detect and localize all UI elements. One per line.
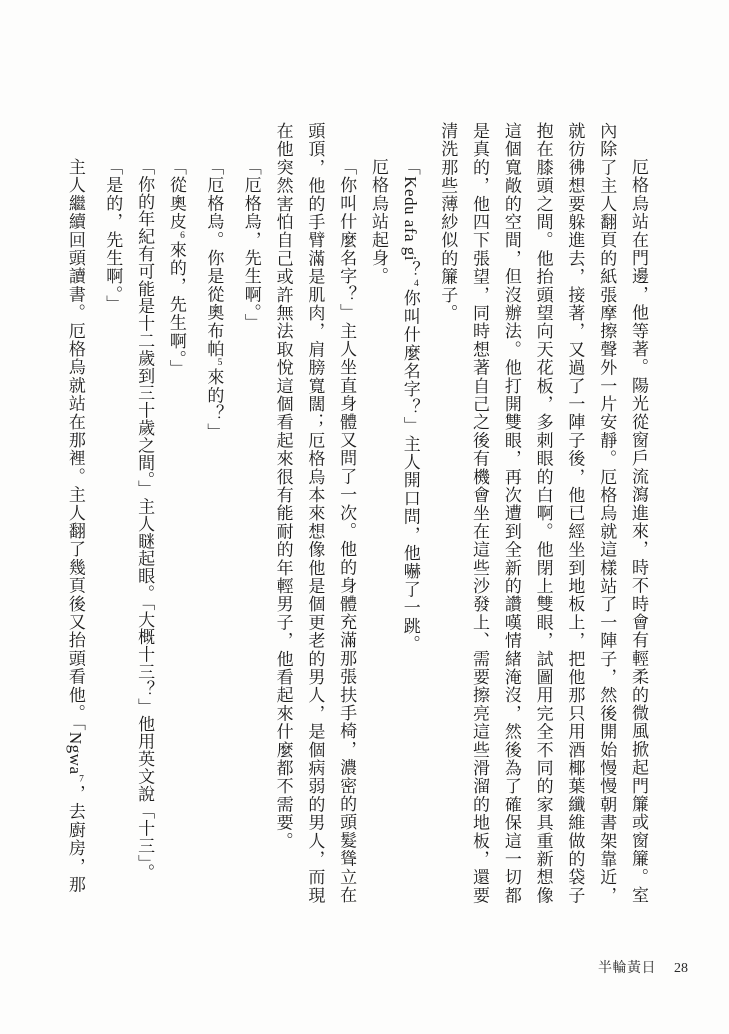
text-run: 主人繼續回頭讀書。厄格烏就站在那裡。主人翻了幾頁後又抬頭看他。「 <box>66 158 85 732</box>
paragraph: 「你的年紀有可能是十二歲到三十歲之間。」主人瞇起眼。「大概十三？」他用英文說「十… <box>128 122 160 910</box>
footnote-ref: 5 <box>215 358 225 368</box>
book-page: 厄格烏站在門邊，他等著。陽光從窗戶流瀉進來，時不時會有輕柔的微風掀起門簾或窗簾。… <box>0 0 729 1034</box>
text-run: ，去廚房，那 <box>66 785 85 894</box>
text-run: 厄格烏站在門邊，他等著。陽光從窗戶流瀉進來，時不時會有輕柔的微風掀起門簾或窗簾。… <box>438 122 648 905</box>
paragraph: 厄格烏站起身。 <box>362 122 394 910</box>
paragraph: 「厄格烏，先生啊。」 <box>235 122 267 910</box>
text-run: 「 <box>401 158 420 176</box>
text-run: 來的，先生啊。」 <box>167 241 186 378</box>
text-run: 「你的年紀有可能是十二歲到三十歲之間。」主人瞇起眼。「大概十三？」他用英文說「十… <box>135 158 154 881</box>
page-footer: 半輪黃日 28 <box>598 957 688 977</box>
text-run: 厄格烏站起身。 <box>369 158 388 285</box>
paragraph: 主人繼續回頭讀書。厄格烏就站在那裡。主人翻了幾頁後又抬頭看他。「Ngwa7，去廚… <box>59 122 96 910</box>
paragraph: 「Kedu afa gi？4你叫什麼名字？」主人開口問，他嚇了一跳。 <box>394 122 431 910</box>
text-run: 來的？」 <box>204 368 223 441</box>
igbo-phrase: Kedu afa gi <box>401 176 420 261</box>
paragraph: 「是的，先生啊。」 <box>96 122 128 910</box>
text-run: ？ <box>401 261 420 279</box>
text-run: 「厄格烏。你是從奧布帕 <box>204 158 223 358</box>
igbo-phrase: Ngwa <box>66 732 85 775</box>
text-run: 「是的，先生啊。」 <box>103 158 122 313</box>
footnote-ref: 7 <box>76 775 86 785</box>
text-run: 你叫什麼名字？」主人開口問，他嚇了一跳。 <box>401 289 420 653</box>
paragraph: 厄格烏站在門邊，他等著。陽光從窗戶流瀉進來，時不時會有輕柔的微風掀起門簾或窗簾。… <box>431 122 654 910</box>
footnote-ref: 6 <box>178 231 188 241</box>
book-title: 半輪黃日 <box>598 957 656 977</box>
paragraph: 「從奧皮6來的，先生啊。」 <box>160 122 197 910</box>
footnote-ref: 4 <box>411 279 421 289</box>
text-run: 「厄格烏，先生啊。」 <box>242 158 261 332</box>
paragraph: 「你叫什麼名字？」主人坐直身體又問了一次。他的身體充滿那張扶手椅，濃密的頭髮聳立… <box>267 122 362 910</box>
paragraph: 「厄格烏。你是從奧布帕5來的？」 <box>198 122 235 910</box>
page-number: 28 <box>674 961 688 977</box>
page-text: 厄格烏站在門邊，他等著。陽光從窗戶流瀉進來，時不時會有輕柔的微風掀起門簾或窗簾。… <box>59 122 654 910</box>
text-run: 「你叫什麼名字？」主人坐直身體又問了一次。他的身體充滿那張扶手椅，濃密的頭髮聳立… <box>274 122 357 905</box>
text-run: 「從奧皮 <box>167 158 186 231</box>
